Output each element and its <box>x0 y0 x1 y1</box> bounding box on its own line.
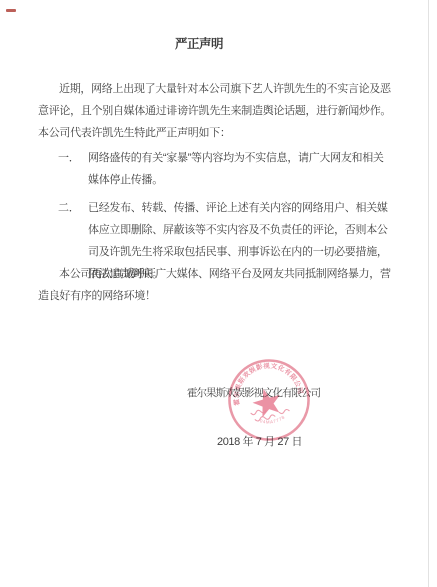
statement-title: 严正声明 <box>0 34 398 52</box>
item-1-text: 网络盛传的有关“家暴”等内容均为不实信息，请广大网友和相关媒体停止传播。 <box>88 152 384 186</box>
statement-item-1: 一． 网络盛传的有关“家暴”等内容均为不实信息，请广大网友和相关媒体停止传播。 <box>38 147 394 191</box>
item-2-marker: 二． <box>58 197 79 219</box>
page-right-edge-line <box>428 0 429 587</box>
company-seal-stamp: 霍尔果斯欢娱影视文化有限公司 04MA7778 <box>219 350 319 450</box>
red-corner-mark <box>6 9 16 12</box>
closing-paragraph: 本公司再次真诚呼吁广大媒体、网络平台及网友共同抵制网络暴力，营造良好有序的网络环… <box>38 263 394 307</box>
statement-page: 严正声明 近期，网络上出现了大量针对本公司旗下艺人许凯先生的不实言论及恶意评论，… <box>0 0 437 587</box>
seal-star <box>252 388 282 418</box>
intro-paragraph: 近期，网络上出现了大量针对本公司旗下艺人许凯先生的不实言论及恶意评论，且个别自媒… <box>38 78 394 144</box>
item-1-marker: 一． <box>58 147 79 169</box>
